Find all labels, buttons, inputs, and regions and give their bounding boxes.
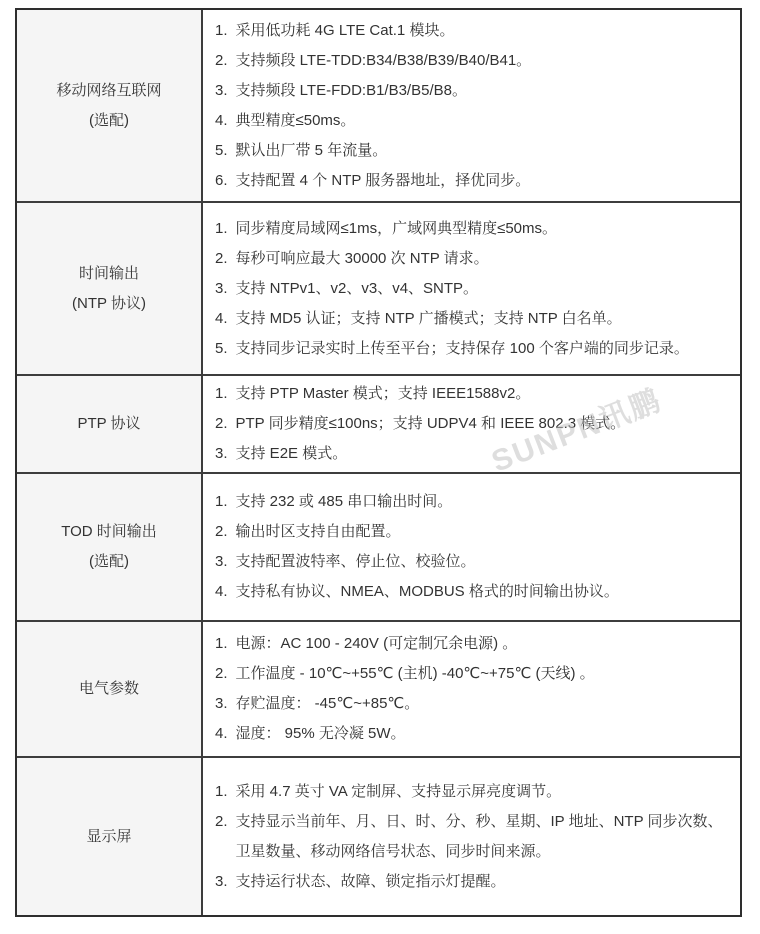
spec-item-number: 2. bbox=[215, 517, 228, 547]
spec-item: 5.支持同步记录实时上传至平台；支持保存 100 个客户端的同步记录。 bbox=[215, 334, 726, 364]
table-row: 时间输出(NTP 协议)1.同步精度局域网≤1ms，广域网典型精度≤50ms。2… bbox=[17, 203, 740, 376]
spec-item-number: 2. bbox=[215, 659, 228, 689]
spec-item-number: 1. bbox=[215, 379, 228, 409]
spec-item: 6.支持配置 4 个 NTP 服务器地址，择优同步。 bbox=[215, 166, 726, 196]
spec-item: 2.每秒可响应最大 30000 次 NTP 请求。 bbox=[215, 244, 726, 274]
spec-item-text: 支持显示当前年、月、日、时、分、秒、星期、IP 地址、NTP 同步次数、卫星数量… bbox=[236, 807, 726, 867]
spec-item-number: 3. bbox=[215, 274, 228, 304]
spec-item-number: 4. bbox=[215, 304, 228, 334]
spec-item-text: 支持频段 LTE-TDD:B34/B38/B39/B40/B41。 bbox=[236, 46, 726, 76]
spec-item-text: 湿度： 95% 无冷凝 5W。 bbox=[236, 719, 726, 749]
spec-item: 2.支持显示当前年、月、日、时、分、秒、星期、IP 地址、NTP 同步次数、卫星… bbox=[215, 807, 726, 867]
spec-item: 4.湿度： 95% 无冷凝 5W。 bbox=[215, 719, 726, 749]
spec-item-text: 支持同步记录实时上传至平台；支持保存 100 个客户端的同步记录。 bbox=[236, 334, 726, 364]
spec-item: 1.采用低功耗 4G LTE Cat.1 模块。 bbox=[215, 16, 726, 46]
spec-item-number: 4. bbox=[215, 719, 228, 749]
spec-item: 2.PTP 同步精度≤100ns；支持 UDPV4 和 IEEE 802.3 模… bbox=[215, 409, 726, 439]
spec-item-text: 支持私有协议、NMEA、MODBUS 格式的时间输出协议。 bbox=[236, 577, 726, 607]
row-label-line: 电气参数 bbox=[79, 679, 139, 699]
spec-item-number: 6. bbox=[215, 166, 228, 196]
spec-item: 4.支持 MD5 认证；支持 NTP 广播模式；支持 NTP 白名单。 bbox=[215, 304, 726, 334]
table-row: 显示屏1.采用 4.7 英寸 VA 定制屏、支持显示屏亮度调节。2.支持显示当前… bbox=[17, 758, 740, 915]
spec-item-number: 2. bbox=[215, 244, 228, 274]
spec-item-text: 支持配置波特率、停止位、校验位。 bbox=[236, 547, 726, 577]
row-content-cell: 1.采用 4.7 英寸 VA 定制屏、支持显示屏亮度调节。2.支持显示当前年、月… bbox=[203, 758, 740, 915]
spec-item-text: 支持运行状态、故障、锁定指示灯提醒。 bbox=[236, 867, 726, 897]
row-label-cell: 移动网络互联网(选配) bbox=[17, 10, 203, 201]
row-label-cell: PTP 协议 bbox=[17, 376, 203, 472]
row-label-line: 移动网络互联网 bbox=[56, 81, 161, 101]
spec-item-text: 支持 232 或 485 串口输出时间。 bbox=[236, 487, 726, 517]
spec-item: 3.支持运行状态、故障、锁定指示灯提醒。 bbox=[215, 867, 726, 897]
spec-item-text: PTP 同步精度≤100ns；支持 UDPV4 和 IEEE 802.3 模式。 bbox=[236, 409, 726, 439]
spec-item: 3.支持频段 LTE-FDD:B1/B3/B5/B8。 bbox=[215, 76, 726, 106]
spec-item: 1.采用 4.7 英寸 VA 定制屏、支持显示屏亮度调节。 bbox=[215, 777, 726, 807]
spec-item-number: 3. bbox=[215, 76, 228, 106]
spec-item-number: 1. bbox=[215, 16, 228, 46]
row-label-line: (NTP 协议) bbox=[72, 294, 146, 314]
spec-item-number: 3. bbox=[215, 689, 228, 719]
spec-item-number: 4. bbox=[215, 106, 228, 136]
row-label-cell: TOD 时间输出(选配) bbox=[17, 474, 203, 620]
spec-item: 1.支持 232 或 485 串口输出时间。 bbox=[215, 487, 726, 517]
spec-item: 4.支持私有协议、NMEA、MODBUS 格式的时间输出协议。 bbox=[215, 577, 726, 607]
row-content-cell: 1.电源：AC 100 - 240V (可定制冗余电源) 。2.工作温度 - 1… bbox=[203, 622, 740, 756]
spec-item: 3.支持配置波特率、停止位、校验位。 bbox=[215, 547, 726, 577]
spec-item-number: 2. bbox=[215, 807, 228, 837]
spec-item: 1.同步精度局域网≤1ms，广域网典型精度≤50ms。 bbox=[215, 214, 726, 244]
spec-item-number: 4. bbox=[215, 577, 228, 607]
spec-item: 5.默认出厂带 5 年流量。 bbox=[215, 136, 726, 166]
spec-item: 3.支持 E2E 模式。 bbox=[215, 439, 726, 469]
row-label-cell: 显示屏 bbox=[17, 758, 203, 915]
spec-table: 移动网络互联网(选配)1.采用低功耗 4G LTE Cat.1 模块。2.支持频… bbox=[15, 8, 742, 917]
spec-item-number: 5. bbox=[215, 136, 228, 166]
row-content-cell: 1.支持 232 或 485 串口输出时间。2.输出时区支持自由配置。3.支持配… bbox=[203, 474, 740, 620]
spec-item: 3.存贮温度： -45℃~+85℃。 bbox=[215, 689, 726, 719]
spec-item-text: 支持频段 LTE-FDD:B1/B3/B5/B8。 bbox=[236, 76, 726, 106]
row-label-line: 时间输出 bbox=[79, 264, 139, 284]
spec-item-number: 1. bbox=[215, 214, 228, 244]
table-row: TOD 时间输出(选配)1.支持 232 或 485 串口输出时间。2.输出时区… bbox=[17, 474, 740, 622]
spec-item-text: 典型精度≤50ms。 bbox=[236, 106, 726, 136]
spec-item: 3.支持 NTPv1、v2、v3、v4、SNTP。 bbox=[215, 274, 726, 304]
row-label-line: PTP 协议 bbox=[77, 414, 140, 434]
spec-item-text: 工作温度 - 10℃~+55℃ (主机) -40℃~+75℃ (天线) 。 bbox=[236, 659, 726, 689]
spec-item-text: 输出时区支持自由配置。 bbox=[236, 517, 726, 547]
row-label-cell: 时间输出(NTP 协议) bbox=[17, 203, 203, 374]
spec-item-text: 采用低功耗 4G LTE Cat.1 模块。 bbox=[236, 16, 726, 46]
spec-item-text: 默认出厂带 5 年流量。 bbox=[236, 136, 726, 166]
spec-item-text: 存贮温度： -45℃~+85℃。 bbox=[236, 689, 726, 719]
spec-item-text: 每秒可响应最大 30000 次 NTP 请求。 bbox=[236, 244, 726, 274]
spec-item-number: 2. bbox=[215, 46, 228, 76]
spec-item-text: 采用 4.7 英寸 VA 定制屏、支持显示屏亮度调节。 bbox=[236, 777, 726, 807]
spec-item: 4.典型精度≤50ms。 bbox=[215, 106, 726, 136]
spec-item-number: 1. bbox=[215, 777, 228, 807]
row-content-cell: 1.支持 PTP Master 模式；支持 IEEE1588v2。2.PTP 同… bbox=[203, 376, 740, 472]
spec-item-text: 支持 PTP Master 模式；支持 IEEE1588v2。 bbox=[236, 379, 726, 409]
table-row: 电气参数1.电源：AC 100 - 240V (可定制冗余电源) 。2.工作温度… bbox=[17, 622, 740, 758]
spec-item: 1.电源：AC 100 - 240V (可定制冗余电源) 。 bbox=[215, 629, 726, 659]
spec-item: 1.支持 PTP Master 模式；支持 IEEE1588v2。 bbox=[215, 379, 726, 409]
spec-item-number: 2. bbox=[215, 409, 228, 439]
spec-item-text: 同步精度局域网≤1ms，广域网典型精度≤50ms。 bbox=[236, 214, 726, 244]
spec-item-text: 支持 NTPv1、v2、v3、v4、SNTP。 bbox=[236, 274, 726, 304]
spec-item-number: 3. bbox=[215, 547, 228, 577]
table-row: PTP 协议1.支持 PTP Master 模式；支持 IEEE1588v2。2… bbox=[17, 376, 740, 474]
row-content-cell: 1.采用低功耗 4G LTE Cat.1 模块。2.支持频段 LTE-TDD:B… bbox=[203, 10, 740, 201]
spec-item-number: 3. bbox=[215, 867, 228, 897]
table-row: 移动网络互联网(选配)1.采用低功耗 4G LTE Cat.1 模块。2.支持频… bbox=[17, 10, 740, 203]
spec-item-text: 支持 MD5 认证；支持 NTP 广播模式；支持 NTP 白名单。 bbox=[236, 304, 726, 334]
row-content-cell: 1.同步精度局域网≤1ms，广域网典型精度≤50ms。2.每秒可响应最大 300… bbox=[203, 203, 740, 374]
row-label-cell: 电气参数 bbox=[17, 622, 203, 756]
spec-item-number: 5. bbox=[215, 334, 228, 364]
spec-item: 2.输出时区支持自由配置。 bbox=[215, 517, 726, 547]
spec-item-text: 支持 E2E 模式。 bbox=[236, 439, 726, 469]
spec-item-number: 1. bbox=[215, 629, 228, 659]
spec-item-text: 电源：AC 100 - 240V (可定制冗余电源) 。 bbox=[236, 629, 726, 659]
row-label-line: TOD 时间输出 bbox=[61, 522, 157, 542]
row-label-line: 显示屏 bbox=[86, 827, 131, 847]
spec-item-number: 3. bbox=[215, 439, 228, 469]
spec-item: 2.工作温度 - 10℃~+55℃ (主机) -40℃~+75℃ (天线) 。 bbox=[215, 659, 726, 689]
spec-item-number: 1. bbox=[215, 487, 228, 517]
spec-page: 移动网络互联网(选配)1.采用低功耗 4G LTE Cat.1 模块。2.支持频… bbox=[0, 0, 760, 934]
row-label-line: (选配) bbox=[89, 111, 129, 131]
spec-item: 2.支持频段 LTE-TDD:B34/B38/B39/B40/B41。 bbox=[215, 46, 726, 76]
row-label-line: (选配) bbox=[89, 552, 129, 572]
spec-item-text: 支持配置 4 个 NTP 服务器地址，择优同步。 bbox=[236, 166, 726, 196]
